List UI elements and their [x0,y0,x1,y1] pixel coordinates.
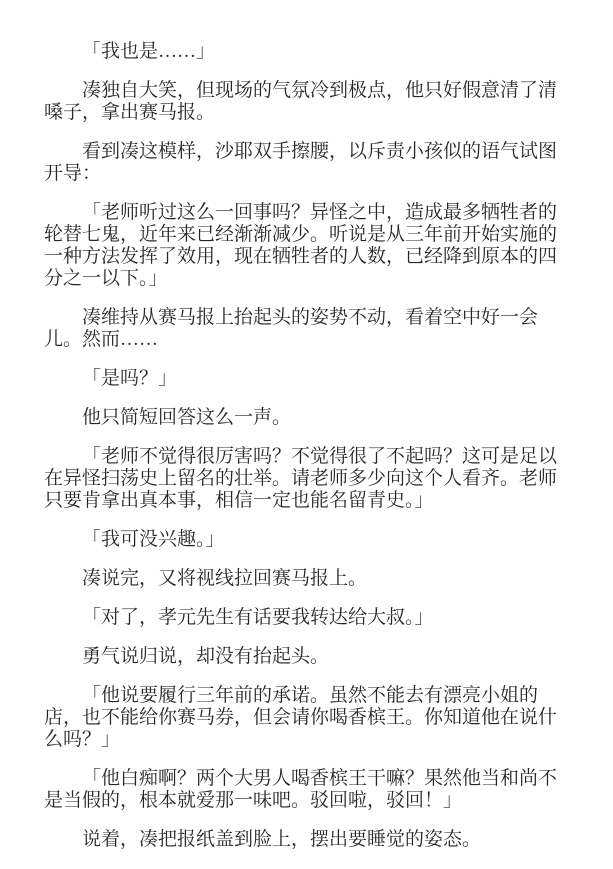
paragraph-narration: 勇气说归说，却没有抬起头。 [44,646,571,668]
paragraph-dialogue: 「他说要履行三年前的承诺。虽然不能去有漂亮小姐的店，也不能给你赛马券，但会请你喝… [44,685,571,751]
paragraph-dialogue: 「对了，孝元先生有话要我转达给大叔。」 [44,607,571,629]
paragraph-dialogue: 「老师不觉得很厉害吗？不觉得很了不起吗？这可是足以在异怪扫荡史上留名的壮举。请老… [44,446,571,512]
paragraph-narration: 看到凑这模样，沙耶双手擦腰，以斥责小孩似的语气试图开导： [44,141,571,185]
paragraph-dialogue: 「我可没兴趣。」 [44,529,571,551]
paragraph-narration: 凑独自大笑，但现场的气氛冷到极点，他只好假意清了清嗓子，拿出赛马报。 [44,80,571,124]
paragraph-narration: 凑维持从赛马报上抬起头的姿势不动，看着空中好一会儿。然而…… [44,307,571,351]
paragraph-dialogue: 「老师听过这么一回事吗？异怪之中，造成最多牺牲者的轮替七鬼，近年来已经渐渐减少。… [44,202,571,290]
book-page: 「我也是……」 凑独自大笑，但现场的气氛冷到极点，他只好假意清了清嗓子，拿出赛马… [0,0,613,869]
paragraph-narration: 说着，凑把报纸盖到脸上，摆出要睡觉的姿态。 [44,829,571,851]
paragraph-dialogue: 「他白痴啊？两个大男人喝香槟王干嘛？果然他当和尚不是当假的，根本就爱那一味吧。驳… [44,768,571,812]
paragraph-narration: 他只简短回答这么一声。 [44,407,571,429]
paragraph-dialogue: 「我也是……」 [44,41,571,63]
paragraph-narration: 凑说完，又将视线拉回赛马报上。 [44,568,571,590]
paragraph-dialogue: 「是吗？」 [44,368,571,390]
